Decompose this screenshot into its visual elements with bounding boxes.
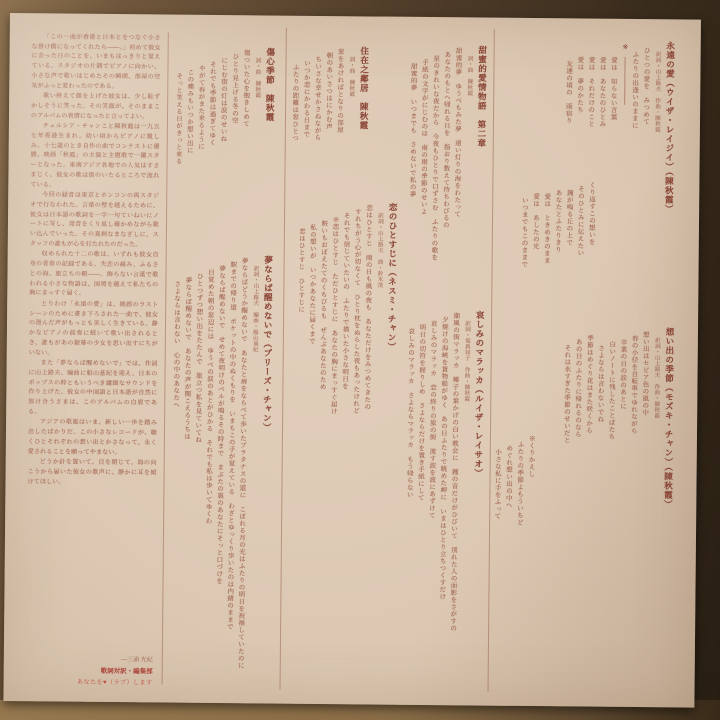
song-block-shoushin-kisetsu: 傷心季節 陳秋霞 詞・曲 陳秋霞 傷ついた心を抱きしめてひとり見上げる冬の空にじ… <box>176 47 280 274</box>
lyrics-column: それでも信じていたいの ふたりで描いた小さな明日を <box>339 202 351 504</box>
lyrics-column: 手紙の文字がにじむのは 南の雨の季節のせいよ <box>417 45 429 330</box>
song-credits: 詞・曲 陳秋霞 <box>346 46 356 224</box>
lyrics-column: 卒業の日の涙のあとに <box>616 327 627 567</box>
essay-paragraph: どうか針を置いて、目を閉じて。海の向こうから届いた彼女の歌声に、静かに耳を傾けて… <box>27 458 156 488</box>
song-credits: 訳詞・山上路夫 作曲・陳秋霞 <box>651 41 662 331</box>
column-divider-line <box>280 28 287 690</box>
lyrics-column: 夢ならばどうか醒めないで あなたと肩をならべて歩いたプラタナスの道に こぼれる月… <box>236 255 249 691</box>
lyrics-column: 想い出はセピア色の風の中 <box>639 327 650 567</box>
footer-signature: ―三浦 光紀 <box>26 653 153 663</box>
lyrics-column: 鐘が鳴る丘の上で <box>564 181 574 311</box>
song-block-koi-no-hitosuji: 恋のひとすじに（ネスミ・チャン） 訳詞・山上路夫 曲・鈴木茂 恋はひとすじ 雨の… <box>297 202 402 505</box>
lyrics-column: 愛は あしたの光 <box>530 181 540 311</box>
song-verse2-omoide-no-kisetsu: ※くりかえしふたりの季節よもういちどめぐれ想い出の中へ小さな私に手をふって <box>487 433 538 555</box>
lyrics-column: にじむ街の灯は涙のせいね <box>217 47 228 273</box>
song-title: 永遠の愛（ウイザ・レイジイ）（陳秋霞） <box>662 41 677 331</box>
lyrics-column: この痛みもいつか想い出に <box>184 47 195 273</box>
lyrics-column: やがて春がまた来るように <box>195 47 206 273</box>
lyrics-column: ふたりの出逢いのままに <box>628 41 640 331</box>
lyrics-column: 甜蜜的夢 ゆうべもみた夢 遠い灯りの海をわたって <box>451 45 463 330</box>
liner-notes-essay: 「この一曲が香港と日本とをつなぐ小さな掛け橋になってくれたら――。」初めて彼女に… <box>27 33 160 490</box>
song-credits: 訳詞・山上路夫 作曲・陳秋霞 <box>651 327 661 567</box>
song-verse2-eien-no-ai: くり返すこの想いをそのひとみに伝えたい鐘が鳴る丘の上であなたとふたりきり愛は と… <box>515 181 598 312</box>
lyrics-column: ふたりの季節よもういちど <box>514 433 524 555</box>
song-title: 哀しみのマラッカ（ルイザ・レイサオ） <box>470 310 486 702</box>
essay-paragraph: 収められた十二の歌は、いずれも彼女自身の青春の記録である。失恋の痛み、ふるさとの… <box>29 251 158 301</box>
song-block-yume-naraba: 夢ならば醒めないで（プリーズ・チャン） 訳詞・山上路夫 編曲・船山基紀 夢ならば… <box>168 255 278 692</box>
essay-paragraph: 歌い終えて顔を上げた彼女は、少し恥ずかしそうに笑った。その笑顔が、そのままこのア… <box>31 92 160 122</box>
lyrics-column: いつか恋にかわる日まで <box>300 46 311 224</box>
lyrics-column: そのひとみに伝えたい <box>575 181 585 311</box>
lyrics-column: めぐれ想い出の中へ <box>503 433 513 555</box>
lyrics-column: あなたとふたりきり <box>552 181 562 311</box>
lyrics-column: あなたのもとへ帰れる日を 指おり数えて待ちわびるの <box>440 45 452 330</box>
lyrics-column: 春の小径を自転車でゆれながら <box>628 327 639 567</box>
essay-paragraph: チェルシア・チャンこと陳秋霞は一九五七年香港生まれ。幼い頃からピアノに親しみ、十… <box>30 123 160 192</box>
song-title: 住在之鄰居 陳秋霞 <box>357 46 371 224</box>
footer-tagline: あなたを♥（ラブ）します <box>26 676 153 686</box>
lyrics-column: それでも季節は過ぎてゆく <box>206 47 217 273</box>
song-title: 傷心季節 陳秋霞 <box>263 47 277 273</box>
footer-publisher: 歌詞対訳・編集部 <box>26 665 153 675</box>
lyrics-column: 星のきれいな夜だから 今夜もひとりで口ずさむ ふたりの歌を <box>429 45 441 330</box>
essay-paragraph: 今回の録音は東京とホンコンの両スタジオで行なわれた。言葉の壁を越えるために、彼女… <box>30 191 160 250</box>
lyrics-column: 季節はめぐり花はまた咲くから <box>583 327 594 567</box>
song-block-kanashimi-no-malacca: 哀しみのマラッカ（ルイザ・レイサオ） 訳詞・竜真知子 作曲・陳秋霞 潮風の街マラ… <box>395 310 489 703</box>
song-credits: 訳詞・山上路夫 曲・鈴木茂 <box>373 203 384 505</box>
lyrics-column: 恋はひとすじ ひとすじに <box>297 202 306 504</box>
lyrics-column: ※くりかえし <box>526 433 536 555</box>
lyrics-column: ひとり見上げる冬の空 <box>228 47 239 273</box>
song-credits: 訳詞・竜真知子 作曲・陳秋霞 <box>459 310 471 702</box>
lyrics-column: あの日のふたりに帰れるのなら <box>572 326 583 566</box>
lyrics-column: ※恋はひとすじ ただひとすじに あなたの胸にまっすぐ届け <box>328 202 340 504</box>
lyrics-column: 傷ついた心を抱きしめて <box>240 47 251 273</box>
lyrics-column: 白いノートに残したことばたち <box>605 327 616 567</box>
song-credits: 訳詞・山上路夫 編曲・船山基紀 <box>247 255 259 691</box>
lyrics-column: ちいさな幸せかさねながら <box>312 46 323 224</box>
lyrics-column: 私の想いが いつかあなたに届くまで <box>305 202 317 504</box>
song-credits: 詞・曲 陳秋霞 <box>463 45 474 330</box>
song-title: 想い出の季節（モズキ・チャン）（陳秋霞） <box>662 327 676 567</box>
lyrics-column: 小さな私に手をふって <box>492 433 502 555</box>
song-credits: 詞・曲 陳秋霞 <box>252 47 262 273</box>
photo-of-lyric-insert: { "palette":{"paper":"#dcc8b3","ink":"#9… <box>0 0 720 720</box>
lyrics-column: すれちがう心が切なくて ひとり枕をぬらした夜もあったけれど <box>350 202 362 504</box>
lyrics-column: 粧いもおぼえたてのくちびるも ぜんぶあなたのため <box>317 202 329 504</box>
lyrics-column: いつまでもこのままで <box>519 181 529 311</box>
essay-paragraph: とりわけ「永遠の愛」は、映画のラストシーンのために書き下ろされた一曲で、彼女の澄… <box>29 300 159 359</box>
lyrics-column: そっと笑える日がきっと来る <box>176 47 184 273</box>
song-title: 甜蜜的愛情物語 第二章 <box>474 45 489 330</box>
lyrics-column: 潮風の街マラッカ 椰子の葉かげの白い教会に 鐘の音だけがひびいて 別れた人の面影… <box>447 310 460 702</box>
paper-sheet: 「この一曲が香港と日本とをつなぐ小さな掛け橋になってくれたら――。」初めて彼女に… <box>3 13 701 708</box>
lyrics-column: 朝のあいさつはにかむ声 <box>323 46 334 224</box>
essay-paragraph: アジアの歌姫はいま、新しい一歩を踏み出したばかりだ。この小さなレコードが、聴くひ… <box>28 419 157 459</box>
lyrics-column: ※ <box>618 41 629 331</box>
lyrics-column: くり返すこの想いを <box>586 182 596 312</box>
song-title: 夢ならば醒めないで（プリーズ・チャン） <box>258 255 274 691</box>
song-block-tonari-no-juunin: 住在之鄰居 陳秋霞 詞・曲 陳秋霞 窓をあければとなりの部屋朝のあいさつはにかむ… <box>290 46 374 225</box>
lyrics-column: さよならは言わないでね <box>594 327 605 567</box>
essay-paragraph: また「夢ならば醒めないで」では、作詞に山上路夫、編曲に船山基紀を迎え、日本のポッ… <box>28 359 158 418</box>
lyrics-column: 恋はひとすじ 雨の日も風の夜も あなただけをみつめてきたの <box>361 202 373 504</box>
lyrics-column: 愛は ときめきのまま <box>541 181 551 311</box>
song-block-tenmitsu: 甜蜜的愛情物語 第二章 詞・曲 陳秋霞 甜蜜的夢 ゆうべもみた夢 遠い灯りの海を… <box>399 45 492 331</box>
lyrics-column: ふたりの距離は窓ひとつ <box>290 46 300 224</box>
song-title: 恋のひとすじに（ネスミ・チャン） <box>384 203 399 505</box>
lyrics-column: 窓をあければとなりの部屋 <box>334 46 345 224</box>
lyrics-column: ひとつの愛を みつめて <box>639 41 651 331</box>
lyrics-column: それは永すぎた季節のせいだと <box>560 326 571 566</box>
essay-paragraph: 「この一曲が香港と日本とをつなぐ小さな掛け橋になってくれたら――。」初めて彼女に… <box>31 33 161 92</box>
song-block-omoide-no-kisetsu: 想い出の季節（モズキ・チャン）（陳秋霞） 訳詞・山上路夫 作曲・陳秋霞 想い出は… <box>555 326 679 567</box>
lyrics-column: 愛は 知らない言葉 <box>606 41 618 331</box>
lyrics-column: 甜蜜的夢 いつまでも さめないで私の夢 <box>406 45 418 330</box>
